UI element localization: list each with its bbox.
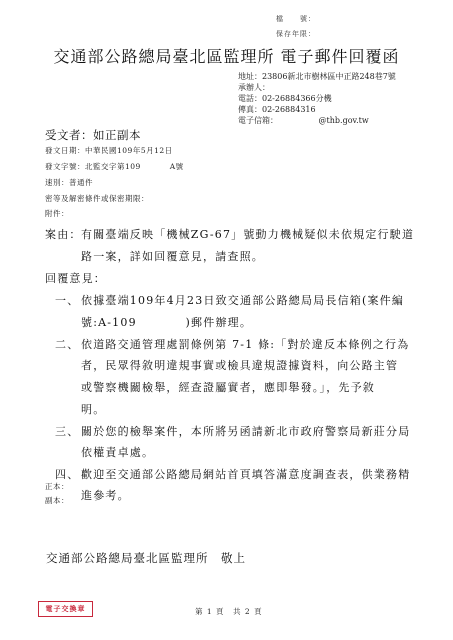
page-number: 第 1 頁 共 2 頁 — [195, 606, 263, 617]
reply-label: 回覆意見： — [45, 270, 106, 286]
contact-phone: 電話：02-26884366分機 — [238, 93, 332, 104]
signature: 交通部公路總局臺北區監理所 敬上 — [46, 550, 246, 566]
security-level: 密等及解密條件或保密期限： — [45, 193, 149, 204]
item-1-line-2: 號:A-109 )郵件辦理。 — [81, 314, 252, 330]
document-number: 發文字號：北監交字第109 A號 — [45, 161, 184, 172]
item-3-line-1: 關於您的檢舉案件，本所將另函請新北市政府警察局新莊分局 — [81, 423, 410, 439]
item-3-number: 三、 — [55, 423, 79, 439]
email-domain: @thb.gov.tw — [319, 116, 369, 125]
contact-email: 電子信箱： @thb.gov.tw — [238, 115, 369, 126]
doc-no-suffix: A號 — [170, 162, 184, 171]
contact-fax: 傳真：02-26884316 — [238, 104, 316, 115]
subject-line-2: 路一案，詳如回覆意見，請查照。 — [81, 248, 264, 264]
attachment: 附件： — [45, 208, 69, 219]
copy-recipients: 副本： — [45, 495, 69, 506]
item-3-line-2: 依權責卓處。 — [81, 444, 154, 460]
original-recipients: 正本： — [45, 481, 69, 492]
doc-no-prefix: 發文字號：北監交字第109 — [45, 162, 141, 171]
delivery-speed: 速別：普通件 — [45, 177, 93, 188]
subject-line-1: 有關臺端反映「機械ZG-67」號動力機械疑似未依規定行駛道 — [81, 226, 414, 242]
item-2-line-3: 或警察機關檢舉，經查證屬實者，應即舉發。」，先予敘 — [81, 379, 375, 395]
item-2-line-2: 者，民眾得敘明違規事實或檢具違規證據資料，向公路主管 — [81, 357, 398, 373]
item-4-line-2: 進參考。 — [81, 487, 130, 503]
contact-address: 地址：23806新北市樹林區中正路248巷7號 — [238, 71, 396, 82]
item-2-line-4: 明。 — [81, 401, 105, 417]
electronic-exchange-stamp: 電子交換章 — [38, 601, 93, 617]
item-1-number: 一、 — [55, 292, 79, 308]
item-2-line-1: 依道路交通管理處罰條例第 7-1 條:「對於違反本條例之行為 — [81, 336, 409, 352]
retention-period-label: 保存年限： — [276, 29, 316, 39]
item-1-line-1: 依據臺端109年4月23日致交通部公路總局局長信箱(案件編 — [81, 292, 404, 308]
item-2-number: 二、 — [55, 336, 79, 352]
item-4-line-1: 歡迎至交通部公路總局網站首頁填答滿意度調查表，供業務精 — [81, 466, 410, 482]
document-title: 交通部公路總局臺北區監理所 電子郵件回覆函 — [0, 44, 453, 67]
subject-label: 案由： — [45, 226, 82, 242]
email-label: 電子信箱： — [238, 116, 278, 125]
recipient: 受文者：如正副本 — [45, 127, 141, 143]
file-number-label: 檔 號： — [276, 14, 316, 24]
item-4-number: 四、 — [55, 466, 79, 482]
contact-handler: 承辦人： — [238, 82, 270, 93]
issue-date: 發文日期：中華民國109年5月12日 — [45, 145, 173, 156]
